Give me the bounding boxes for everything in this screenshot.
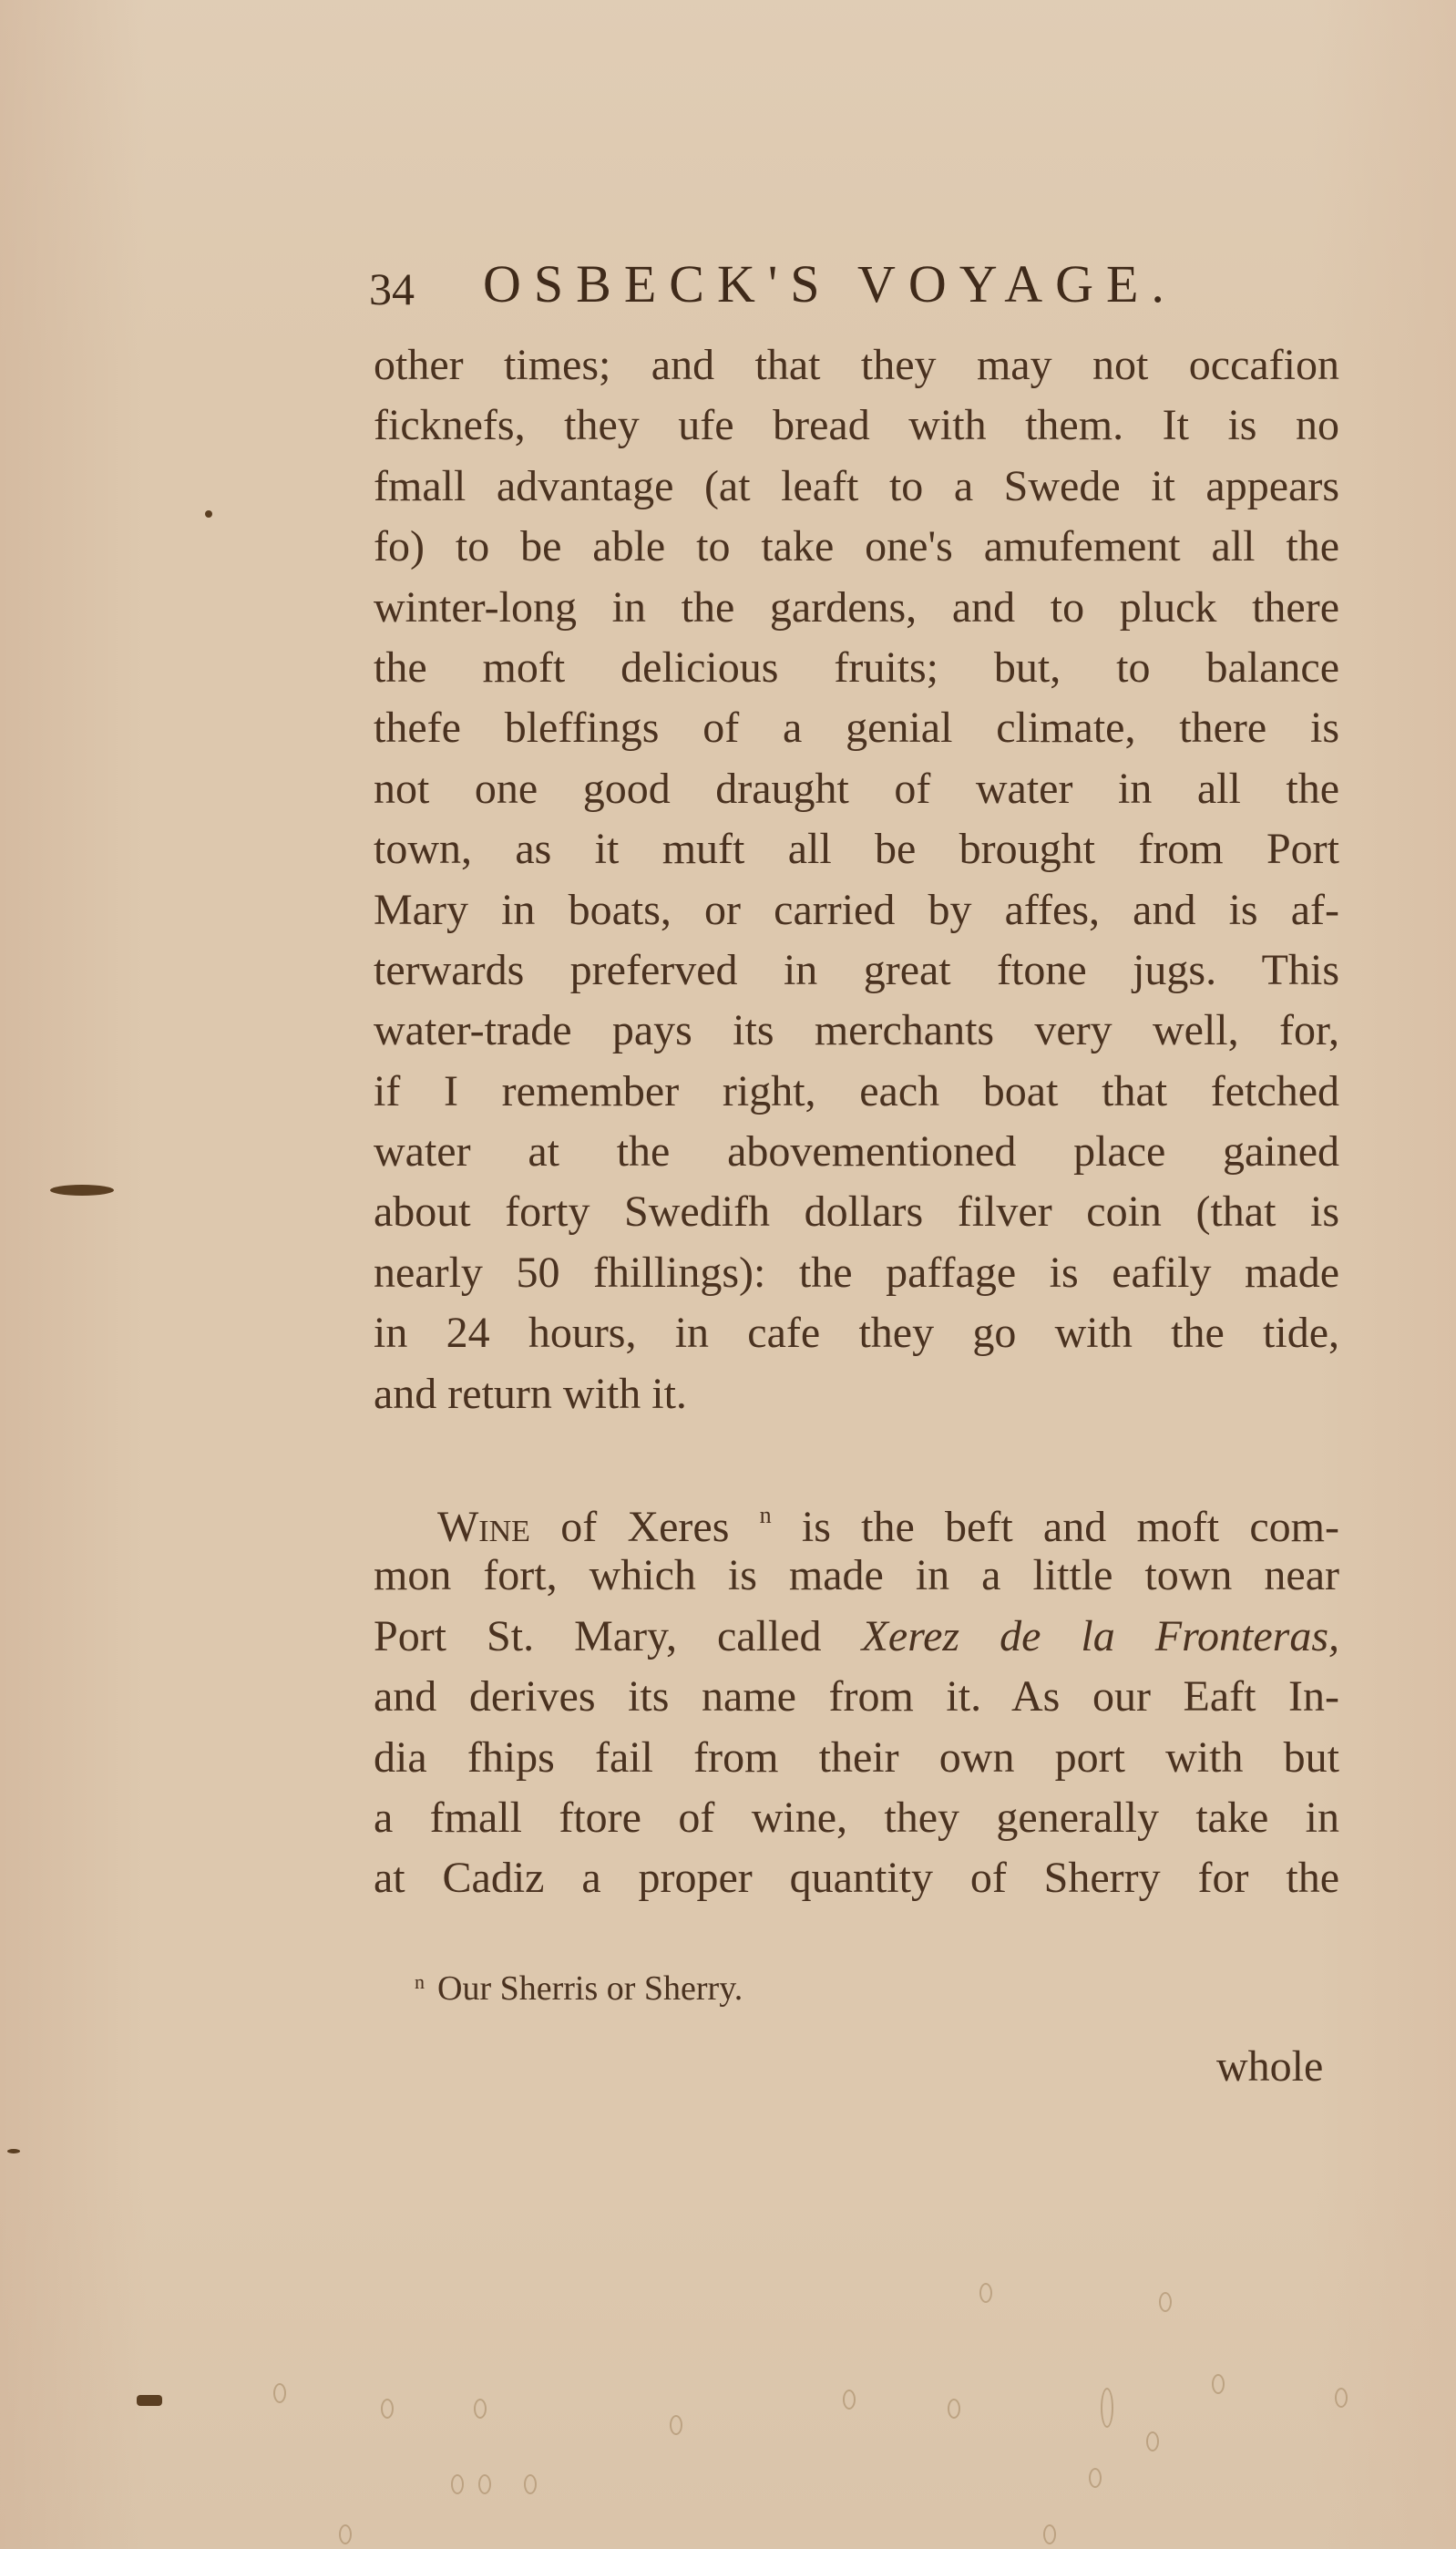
- text-line: in 24 hours, in cafe they go with the ti…: [374, 1303, 1339, 1363]
- footnote-mark: n: [415, 1970, 425, 1993]
- text-line: the moft delicious fruits; but, to balan…: [374, 638, 1339, 698]
- text-line: mon fort, which is made in a little town…: [374, 1546, 1339, 1606]
- text-line: if I remember right, each boat that fetc…: [374, 1062, 1339, 1122]
- text-line: fo) to be able to take one's amufement a…: [374, 517, 1339, 577]
- text-line: winter-long in the gardens, and to pluck…: [374, 578, 1339, 638]
- paper-speck: [474, 2399, 487, 2419]
- text-line: Wine of Xeres n is the beft and moft com…: [374, 1485, 1339, 1546]
- text-line: terwards preferved in great ftone jugs. …: [374, 940, 1339, 1001]
- paper-speck: [1159, 2292, 1172, 2312]
- text-line: and derives its name from it. As our Eaf…: [374, 1667, 1339, 1727]
- footnote-reference[interactable]: n: [760, 1502, 772, 1528]
- text-line: ficknefs, they ufe bread with them. It i…: [374, 396, 1339, 456]
- text-line: dia fhips fail from their own port with …: [374, 1728, 1339, 1788]
- book-page: 34 OSBECK'S VOYAGE. other times; and tha…: [0, 0, 1456, 2549]
- catchword: whole: [1216, 2041, 1323, 2092]
- paper-speck: [1212, 2374, 1225, 2394]
- paper-speck: [1043, 2524, 1056, 2544]
- paper-speck: [1089, 2468, 1102, 2488]
- ink-speck: [205, 510, 212, 518]
- footnote: nOur Sherris or Sherry.: [415, 1968, 743, 2009]
- text-line: thefe bleffings of a genial climate, the…: [374, 698, 1339, 758]
- footnote-text: Our Sherris or Sherry.: [437, 1969, 743, 2008]
- text-line: fmall advantage (at leaft to a Swede it …: [374, 457, 1339, 517]
- text-line: at Cadiz a proper quantity of Sherry for…: [374, 1848, 1339, 1908]
- text-fragment: Port St. Mary, called: [374, 1612, 862, 1660]
- text-line: other times; and that they may not occaf…: [374, 335, 1339, 396]
- text-line: town, as it muft all be brought from Por…: [374, 819, 1339, 879]
- paper-speck: [979, 2283, 992, 2303]
- text-line: and return with it.: [374, 1364, 1339, 1424]
- paper-speck: [1146, 2431, 1159, 2451]
- text-line: Port St. Mary, called Xerez de la Fronte…: [374, 1607, 1339, 1667]
- text-line: a fmall ftore of wine, they generally ta…: [374, 1788, 1339, 1848]
- italic-place-name: Xerez de la Fronteras,: [862, 1612, 1339, 1660]
- text-fragment: of Xeres: [530, 1503, 760, 1551]
- paper-speck: [948, 2399, 960, 2419]
- text-line: nearly 50 fhillings): the paffage is eaf…: [374, 1243, 1339, 1303]
- ink-speck: [7, 2149, 20, 2153]
- book-title: OSBECK'S VOYAGE.: [483, 253, 1177, 314]
- paragraph-1: other times; and that they may not occaf…: [374, 335, 1339, 1424]
- paper-speck: [843, 2390, 856, 2410]
- text-line: about forty Swedifh dollars filver coin …: [374, 1182, 1339, 1242]
- paper-speck: [524, 2474, 537, 2494]
- paper-speck: [273, 2383, 286, 2403]
- text-line: Mary in boats, or carried by affes, and …: [374, 880, 1339, 940]
- text-line: water at the abovementioned place gained: [374, 1122, 1339, 1182]
- paper-speck: [1101, 2388, 1113, 2428]
- paper-speck: [451, 2474, 464, 2494]
- paper-speck: [670, 2415, 682, 2435]
- running-head: 34 OSBECK'S VOYAGE.: [369, 253, 1335, 317]
- paragraph-2: Wine of Xeres n is the beft and moft com…: [374, 1485, 1339, 1909]
- text-fragment: is the beft and moft com-: [772, 1503, 1339, 1551]
- text-line: not one good draught of water in all the: [374, 759, 1339, 819]
- ink-blot-left-margin: [50, 1185, 114, 1196]
- page-number: 34: [369, 262, 415, 315]
- text-line: water-trade pays its merchants very well…: [374, 1001, 1339, 1061]
- paper-speck: [339, 2524, 352, 2544]
- smallcaps-lead: Wine: [437, 1503, 530, 1551]
- paper-speck: [381, 2399, 394, 2419]
- ink-speck: [137, 2395, 162, 2406]
- paper-speck: [1335, 2388, 1348, 2408]
- paper-speck: [478, 2474, 491, 2494]
